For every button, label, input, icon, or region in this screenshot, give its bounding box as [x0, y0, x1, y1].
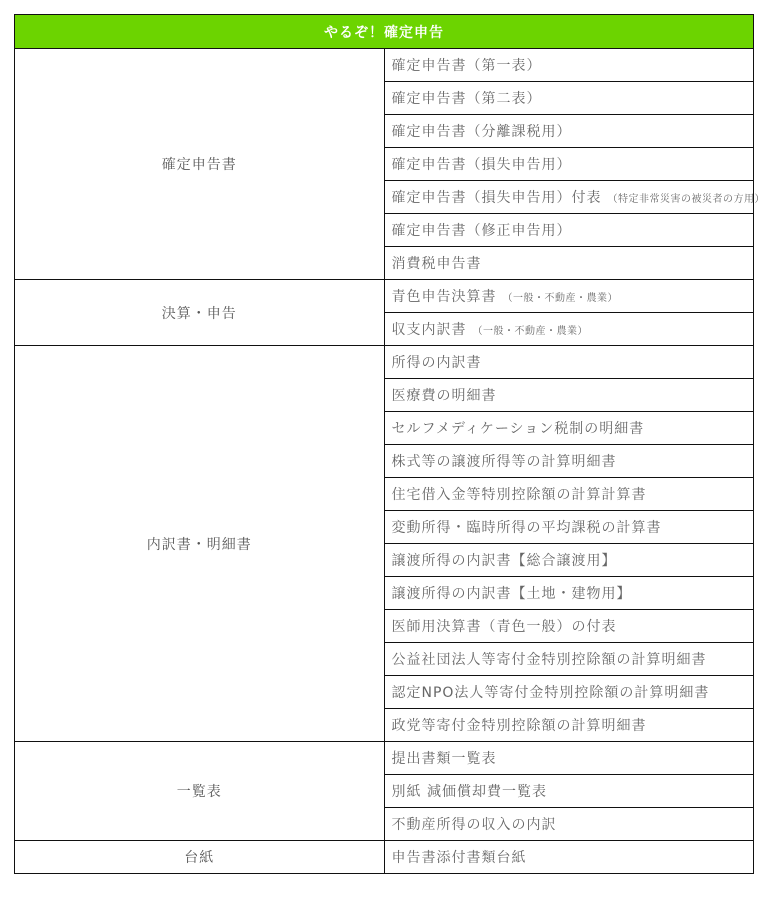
table-row: 内訳書・明細書所得の内訳書: [15, 346, 754, 379]
form-item-cell: 確定申告書（修正申告用）: [384, 214, 754, 247]
form-item-cell: 譲渡所得の内訳書【土地・建物用】: [384, 577, 754, 610]
form-item-cell: 収支内訳書（一般・不動産・農業）: [384, 313, 754, 346]
form-item-cell: 別紙 減価償却費一覧表: [384, 775, 754, 808]
form-item-cell: 提出書類一覧表: [384, 742, 754, 775]
form-link[interactable]: 申告書添付書類台紙: [392, 850, 527, 866]
form-item-cell: 公益社団法人等寄付金特別控除額の計算明細書: [384, 643, 754, 676]
form-link[interactable]: 政党等寄付金特別控除額の計算明細書: [392, 718, 647, 734]
form-item-cell: 医療費の明細書: [384, 379, 754, 412]
form-item-cell: 変動所得・臨時所得の平均課税の計算書: [384, 511, 754, 544]
form-link[interactable]: 消費税申告書: [392, 256, 482, 272]
form-link[interactable]: 提出書類一覧表: [392, 751, 497, 767]
form-link[interactable]: 青色申告決算書: [392, 289, 497, 305]
form-link[interactable]: 別紙 減価償却費一覧表: [392, 784, 547, 800]
form-item-cell: 不動産所得の収入の内訳: [384, 808, 754, 841]
form-link[interactable]: 確定申告書（損失申告用）付表: [392, 190, 602, 206]
form-item-cell: 確定申告書（第二表）: [384, 82, 754, 115]
form-item-cell: 消費税申告書: [384, 247, 754, 280]
form-link[interactable]: 医師用決算書（青色一般）の付表: [392, 619, 617, 635]
category-cell: 内訳書・明細書: [15, 346, 385, 742]
category-cell: 確定申告書: [15, 49, 385, 280]
table-row: 一覧表提出書類一覧表: [15, 742, 754, 775]
form-item-cell: 認定NPO法人等寄付金特別控除額の計算明細書: [384, 676, 754, 709]
form-note: （特定非常災害の被災者の方用）: [608, 194, 766, 205]
form-item-cell: 医師用決算書（青色一般）の付表: [384, 610, 754, 643]
form-link[interactable]: セルフメディケーション税制の明細書: [392, 421, 645, 437]
tax-forms-table: やるぞ！確定申告 確定申告書確定申告書（第一表）確定申告書（第二表）確定申告書（…: [14, 14, 754, 874]
form-item-cell: 申告書添付書類台紙: [384, 841, 754, 874]
table-row: 台紙申告書添付書類台紙: [15, 841, 754, 874]
form-link[interactable]: 公益社団法人等寄付金特別控除額の計算明細書: [392, 652, 707, 668]
form-item-cell: 確定申告書（第一表）: [384, 49, 754, 82]
form-note: （一般・不動産・農業）: [503, 293, 619, 304]
form-link[interactable]: 所得の内訳書: [392, 355, 482, 371]
form-item-cell: 確定申告書（分離課税用）: [384, 115, 754, 148]
table-row: 確定申告書確定申告書（第一表）: [15, 49, 754, 82]
form-link[interactable]: 変動所得・臨時所得の平均課税の計算書: [392, 520, 662, 536]
form-item-cell: セルフメディケーション税制の明細書: [384, 412, 754, 445]
category-cell: 決算・申告: [15, 280, 385, 346]
form-link[interactable]: 確定申告書（修正申告用）: [392, 223, 572, 239]
form-link[interactable]: 譲渡所得の内訳書【総合譲渡用】: [392, 553, 617, 569]
form-note: （一般・不動産・農業）: [473, 326, 589, 337]
table-title: やるぞ！確定申告: [15, 15, 754, 49]
form-item-cell: 確定申告書（損失申告用）: [384, 148, 754, 181]
form-item-cell: 政党等寄付金特別控除額の計算明細書: [384, 709, 754, 742]
category-cell: 一覧表: [15, 742, 385, 841]
form-item-cell: 青色申告決算書（一般・不動産・農業）: [384, 280, 754, 313]
form-item-cell: 住宅借入金等特別控除額の計算計算書: [384, 478, 754, 511]
form-item-cell: 所得の内訳書: [384, 346, 754, 379]
form-item-cell: 確定申告書（損失申告用）付表（特定非常災害の被災者の方用）: [384, 181, 754, 214]
form-link[interactable]: 不動産所得の収入の内訳: [392, 817, 557, 833]
form-link[interactable]: 収支内訳書: [392, 322, 467, 338]
form-link[interactable]: 確定申告書（第一表）: [392, 58, 542, 74]
category-cell: 台紙: [15, 841, 385, 874]
table-row: 決算・申告青色申告決算書（一般・不動産・農業）: [15, 280, 754, 313]
form-link[interactable]: 医療費の明細書: [392, 388, 497, 404]
form-link[interactable]: 確定申告書（損失申告用）: [392, 157, 572, 173]
form-item-cell: 株式等の譲渡所得等の計算明細書: [384, 445, 754, 478]
form-link[interactable]: 確定申告書（分離課税用）: [392, 124, 572, 140]
form-link[interactable]: 株式等の譲渡所得等の計算明細書: [392, 454, 617, 470]
title-row: やるぞ！確定申告: [15, 15, 754, 49]
form-link[interactable]: 住宅借入金等特別控除額の計算計算書: [392, 487, 647, 503]
form-link[interactable]: 認定NPO法人等寄付金特別控除額の計算明細書: [392, 685, 710, 701]
form-link[interactable]: 譲渡所得の内訳書【土地・建物用】: [392, 586, 632, 602]
table-body: 確定申告書確定申告書（第一表）確定申告書（第二表）確定申告書（分離課税用）確定申…: [15, 49, 754, 874]
form-link[interactable]: 確定申告書（第二表）: [392, 91, 542, 107]
form-item-cell: 譲渡所得の内訳書【総合譲渡用】: [384, 544, 754, 577]
